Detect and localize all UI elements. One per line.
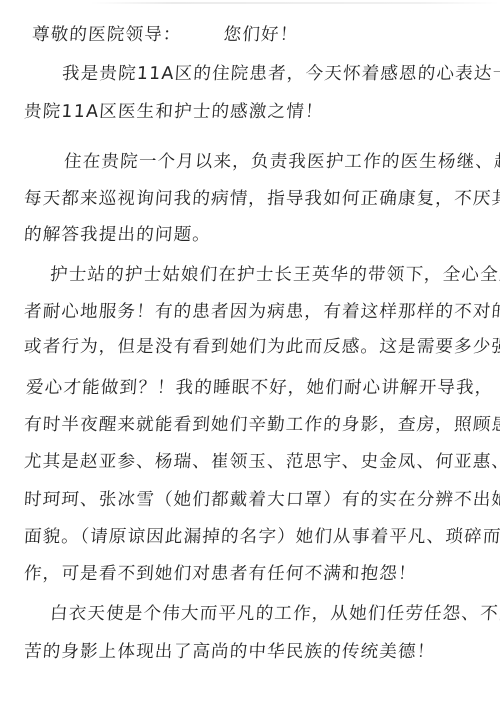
letter-line-13: 面貌。（请原谅因此漏掉的名字）她们从事着平凡、琐碎而重复的工 (23, 526, 500, 548)
letter-line-14: 作，可是看不到她们对患者有任何不满和抱怨！ (23, 563, 417, 585)
letter-line-1: 我是贵院11A区的住院患者，今天怀着感恩的心表达一下对 (61, 63, 500, 85)
letter-line-12: 时珂珂、张冰雪（她们都戴着大口罩）有的实在分辨不出她们的 (23, 489, 500, 511)
letter-line-8: 或者行为，但是没有看到她们为此而反感。这是需要多少强大的 (23, 336, 500, 358)
salutation: 尊敬的医院领导： (31, 25, 182, 45)
greeting: 您们好！ (223, 25, 299, 45)
letter-line-5: 的解答我提出的问题。 (23, 224, 212, 246)
scan-edge-artifact (90, 2, 500, 4)
salutation-line: 尊敬的医院领导：您们好！ (31, 24, 299, 46)
letter-line-6: 护士站的护士姑娘们在护士长王英华的带领下，全心全意为患 (49, 264, 500, 286)
letter-line-11: 尤其是赵亚参、杨瑞、崔领玉、范思宇、史金凤、何亚惠、王翠萍、 (23, 451, 500, 473)
letter-line-3: 住在贵院一个月以来，负责我医护工作的医生杨继、赵大夫 (63, 151, 500, 173)
letter-line-16: 苦的身影上体现出了高尚的中华民族的传统美德！ (23, 641, 436, 663)
letter-line-15: 白衣天使是个伟大而平凡的工作，从她们任劳任怨、不辞劳 (49, 603, 500, 625)
letter-line-4: 每天都来巡视询问我的病情，指导我如何正确康复，不厌其烦 (23, 188, 500, 210)
letter-line-9: 爱心才能做到？！我的睡眠不好，她们耐心讲解开导我， (25, 377, 494, 399)
letter-line-7: 者耐心地服务！有的患者因为病患，有着这样那样的不对的语言 (23, 301, 500, 323)
letter-line-10: 有时半夜醒来就能看到她们辛勤工作的身影，查房，照顾患者， (23, 414, 500, 436)
letter-line-2: 贵院11A区医生和护士的感激之情！ (23, 101, 324, 123)
